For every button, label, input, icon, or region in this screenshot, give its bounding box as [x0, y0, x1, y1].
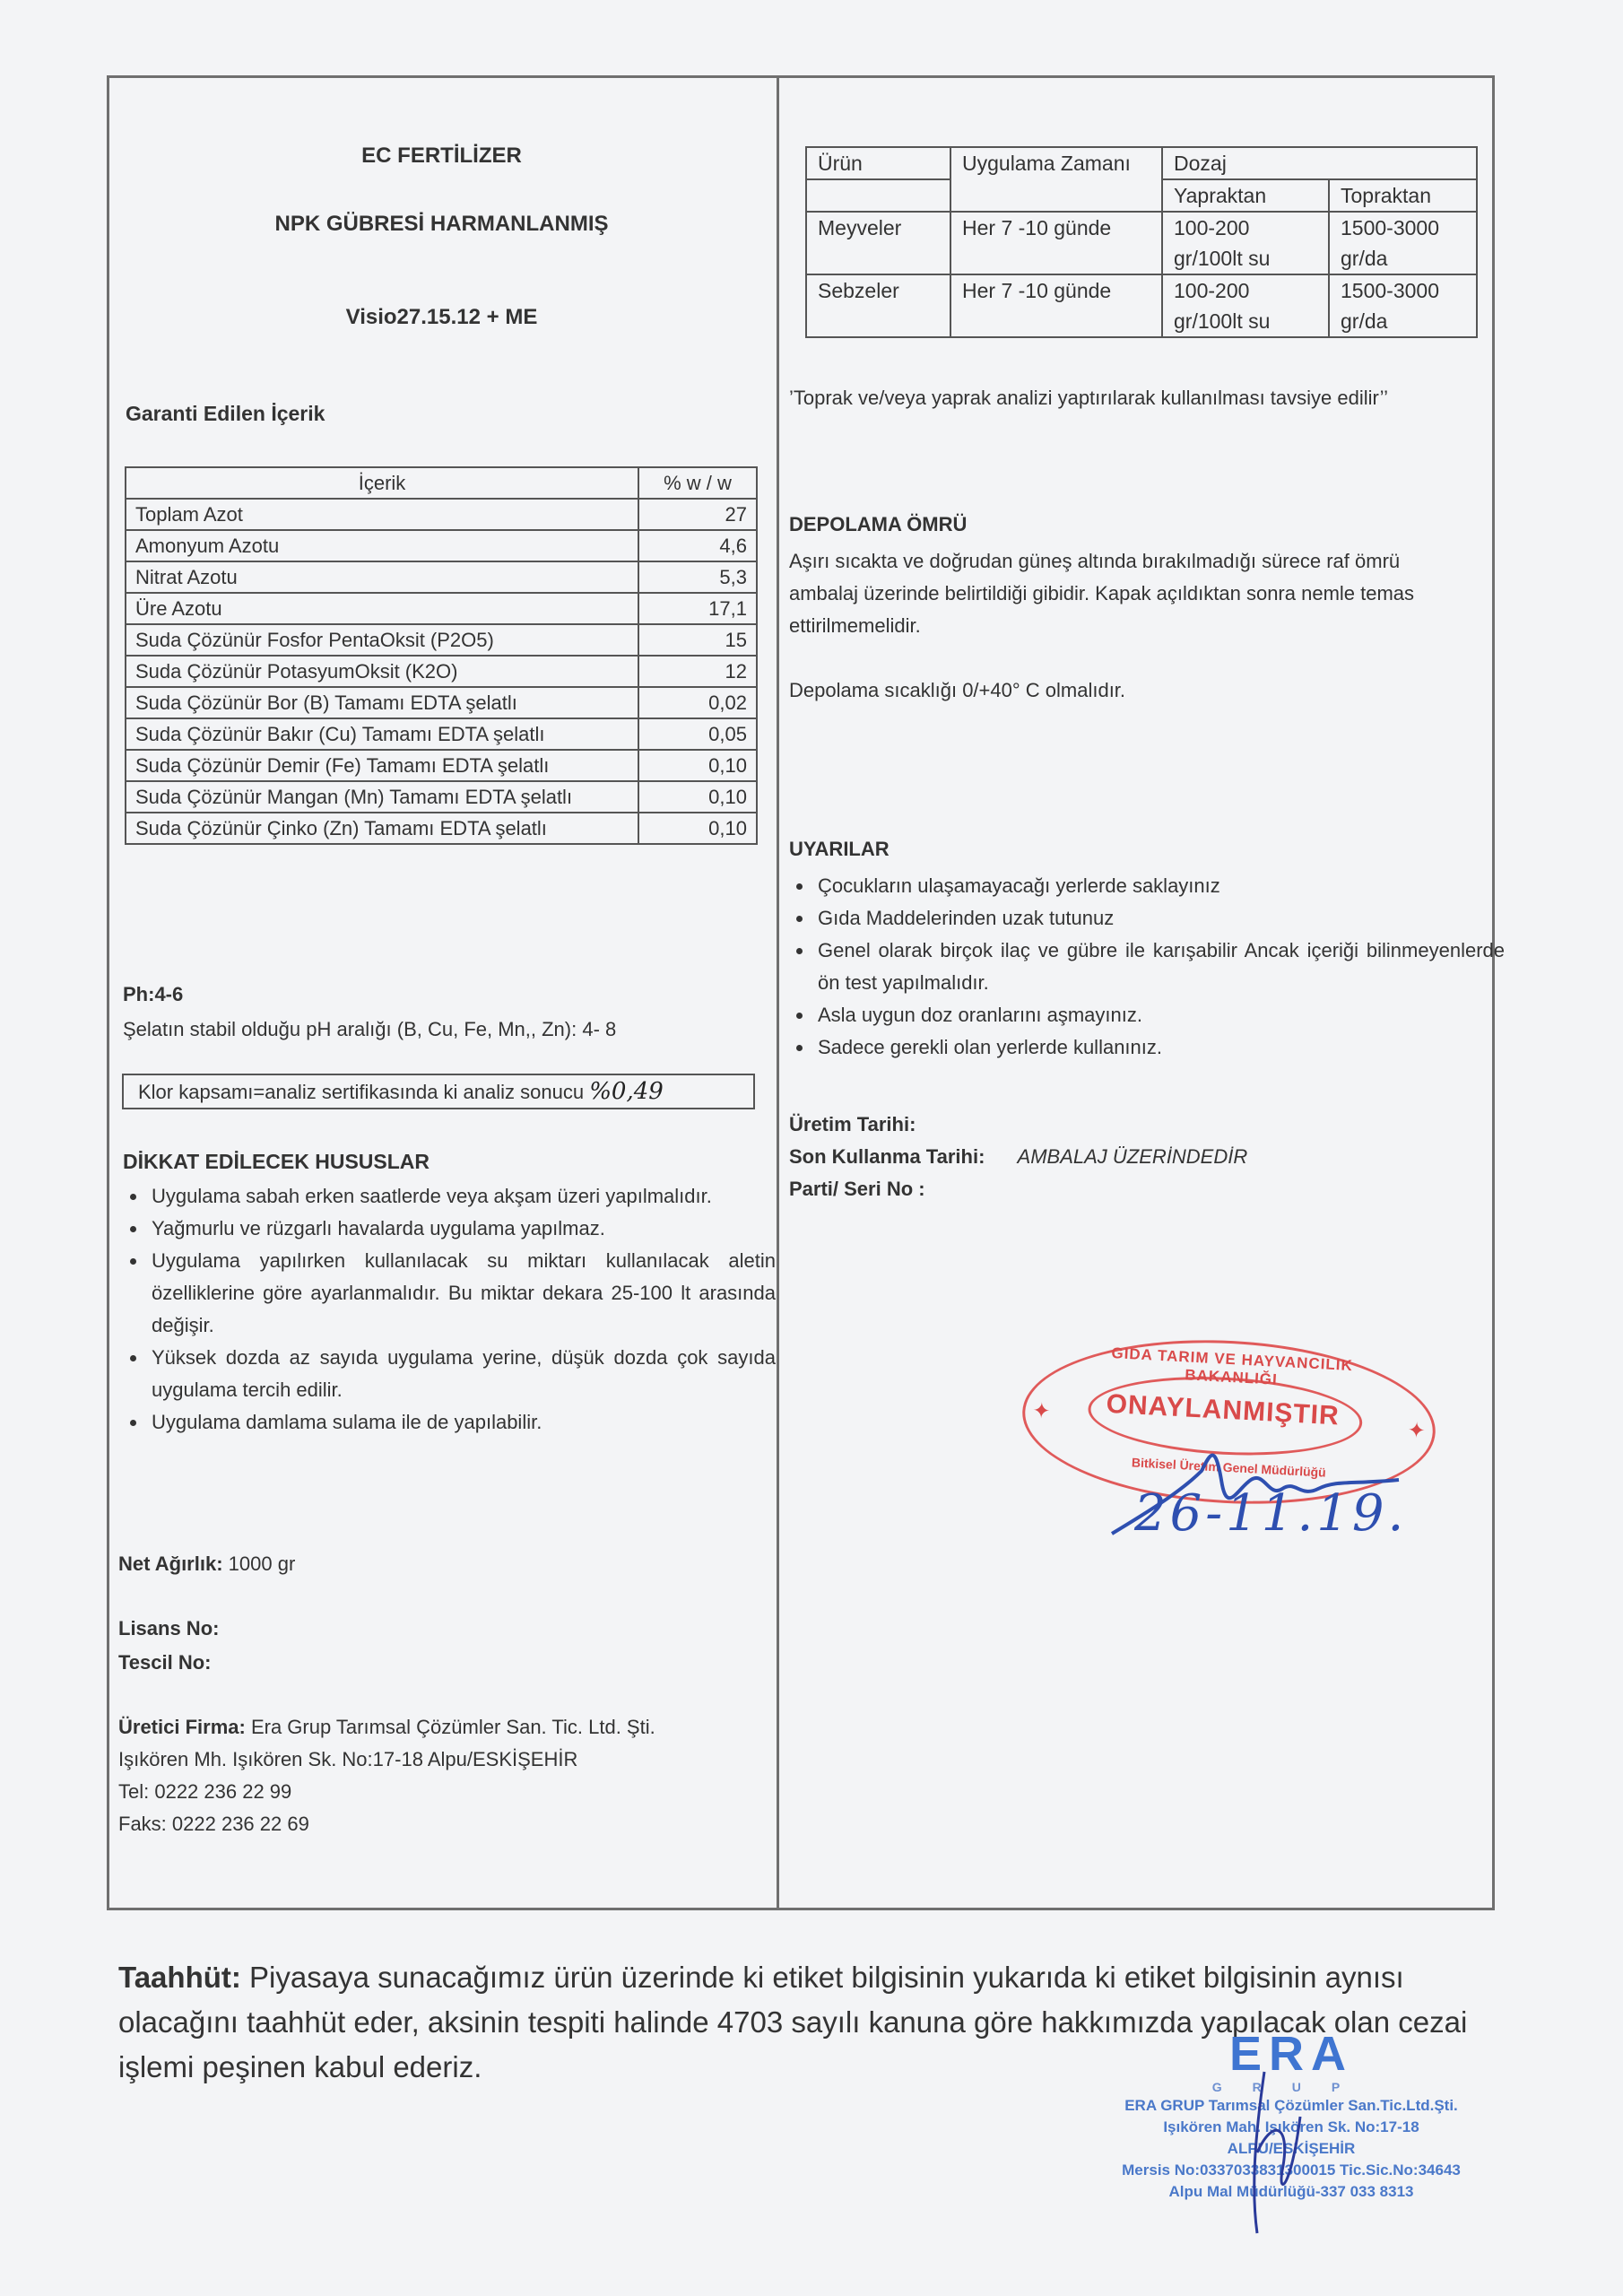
table-row: Toplam Azot27 [126, 499, 757, 530]
manufacturer-block: Üretici Firma: Era Grup Tarımsal Çözümle… [118, 1711, 746, 1840]
dosage-soil: 1500-3000 gr/da [1329, 212, 1477, 274]
list-item: Gıda Maddelerinden uzak tutunuz [814, 902, 1505, 935]
approval-handwritten-date: 26-11.19. [1134, 1484, 1407, 1543]
ph-label: Ph:4-6 [123, 983, 183, 1006]
table-row: Suda Çözünür Demir (Fe) Tamamı EDTA şela… [126, 750, 757, 781]
net-weight: Net Ağırlık: 1000 gr [118, 1548, 295, 1580]
storage-temperature: Depolama sıcaklığı 0/+40° C olmalıdır. [789, 674, 1125, 707]
registration-label: Tescil No: [118, 1651, 212, 1674]
star-icon: ✦ [1407, 1417, 1427, 1444]
registration-no: Tescil No: [118, 1647, 212, 1679]
table-row: Suda Çözünür Bakır (Cu) Tamamı EDTA şela… [126, 718, 757, 750]
content-name: Üre Azotu [126, 593, 638, 624]
storage-text: Aşırı sıcakta ve doğrudan güneş altında … [789, 545, 1471, 642]
list-item: Uygulama sabah erken saatlerde veya akşa… [148, 1180, 776, 1213]
warnings-heading: UYARILAR [789, 838, 890, 861]
commitment-label: Taahhüt: [118, 1961, 241, 1994]
table-row: Üre Azotu17,1 [126, 593, 757, 624]
precautions-list: Uygulama sabah erken saatlerde veya akşa… [123, 1180, 776, 1439]
dosage-time: Her 7 -10 günde [950, 274, 1162, 337]
manufacturer-address: Işıkören Mh. Işıkören Sk. No:17-18 Alpu/… [118, 1748, 577, 1770]
list-item: Çocukların ulaşamayacağı yerlerde saklay… [814, 870, 1505, 902]
chlorine-handwritten-value: %0,49 [589, 1078, 664, 1105]
content-value: 12 [638, 656, 757, 687]
production-date: Üretim Tarihi: [789, 1109, 916, 1141]
dosage-note: ’Toprak ve/veya yaprak analizi yaptırıla… [789, 382, 1480, 414]
chlorine-text: Klor kapsamı=analiz sertifikasında ki an… [138, 1081, 584, 1103]
content-name: Suda Çözünür Mangan (Mn) Tamamı EDTA şel… [126, 781, 638, 813]
content-value: 0,10 [638, 750, 757, 781]
list-item: Uygulama yapılırken kullanılacak su mikt… [148, 1245, 776, 1342]
content-name: Toplam Azot [126, 499, 638, 530]
content-name: Suda Çözünür Fosfor PentaOksit (P2O5) [126, 624, 638, 656]
chlorine-box: Klor kapsamı=analiz sertifikasında ki an… [122, 1074, 755, 1109]
content-value: 27 [638, 499, 757, 530]
dosage-row: MeyvelerHer 7 -10 günde100-200 gr/100lt … [806, 212, 1477, 274]
manufacturer-label: Üretici Firma: [118, 1716, 246, 1738]
content-name: Nitrat Azotu [126, 561, 638, 593]
manufacturer-name: Era Grup Tarımsal Çözümler San. Tic. Ltd… [251, 1716, 655, 1738]
content-value: 4,6 [638, 530, 757, 561]
manufacturer-fax: Faks: 0222 236 22 69 [118, 1813, 309, 1835]
content-name: Amonyum Azotu [126, 530, 638, 561]
content-name: Suda Çözünür Bakır (Cu) Tamamı EDTA şela… [126, 718, 638, 750]
content-value: 17,1 [638, 593, 757, 624]
table-row: Suda Çözünür PotasyumOksit (K2O)12 [126, 656, 757, 687]
expiry-date: Son Kullanma Tarihi: AMBALAJ ÜZERİNDEDİR [789, 1141, 1247, 1173]
dose-header-time: Uygulama Zamanı [950, 147, 1162, 212]
table-row: Suda Çözünür Çinko (Zn) Tamamı EDTA şela… [126, 813, 757, 844]
list-item: Uygulama damlama sulama ile de yapılabil… [148, 1406, 776, 1439]
col-header-percent: % w / w [638, 467, 757, 499]
manufacturer-tel: Tel: 0222 236 22 99 [118, 1780, 291, 1803]
table-row: Nitrat Azotu5,3 [126, 561, 757, 593]
content-name: Suda Çözünür Bor (B) Tamamı EDTA şelatlı [126, 687, 638, 718]
table-row: Suda Çözünür Mangan (Mn) Tamamı EDTA şel… [126, 781, 757, 813]
production-date-label: Üretim Tarihi: [789, 1113, 916, 1135]
guaranteed-content-heading: Garanti Edilen İçerik [126, 402, 325, 426]
col-header-content: İçerik [126, 467, 638, 499]
star-icon: ✦ [1032, 1398, 1052, 1425]
list-item: Genel olarak birçok ilaç ve gübre ile ka… [814, 935, 1505, 999]
table-row: Suda Çözünür Bor (B) Tamamı EDTA şelatlı… [126, 687, 757, 718]
content-value: 15 [638, 624, 757, 656]
content-name: Suda Çözünür Demir (Fe) Tamamı EDTA şela… [126, 750, 638, 781]
license-label: Lisans No: [118, 1617, 219, 1639]
storage-heading: DEPOLAMA ÖMRÜ [789, 513, 967, 536]
brand-title: EC FERTİLİZER [126, 143, 758, 169]
product-name: Visio27.15.12 + ME [126, 305, 758, 330]
dose-header-empty [806, 179, 950, 212]
product-type: NPK GÜBRESİ HARMANLANMIŞ [126, 212, 758, 237]
precautions-heading: DİKKAT EDİLECEK HUSUSLAR [123, 1150, 430, 1174]
list-item: Sadece gerekli olan yerlerde kullanınız. [814, 1031, 1505, 1064]
dose-header-product: Ürün [806, 147, 950, 179]
content-value: 0,10 [638, 781, 757, 813]
ph-stable-range: Şelatın stabil olduğu pH aralığı (B, Cu,… [123, 1013, 616, 1046]
dosage-time: Her 7 -10 günde [950, 212, 1162, 274]
net-weight-value: 1000 gr [229, 1552, 296, 1575]
content-name: Suda Çözünür Çinko (Zn) Tamamı EDTA şela… [126, 813, 638, 844]
dosage-soil: 1500-3000 gr/da [1329, 274, 1477, 337]
dose-header-soil: Topraktan [1329, 179, 1477, 212]
content-value: 0,10 [638, 813, 757, 844]
company-signature-icon [1237, 2063, 1309, 2242]
expiry-date-label: Son Kullanma Tarihi: [789, 1145, 985, 1168]
net-weight-label: Net Ağırlık: [118, 1552, 223, 1575]
dose-header-foliar: Yapraktan [1162, 179, 1329, 212]
content-value: 0,02 [638, 687, 757, 718]
dosage-row: SebzelerHer 7 -10 günde100-200 gr/100lt … [806, 274, 1477, 337]
batch-no: Parti/ Seri No : [789, 1173, 925, 1205]
list-item: Yağmurlu ve rüzgarlı havalarda uygulama … [148, 1213, 776, 1245]
column-divider [777, 75, 779, 1910]
dosage-foliar: 100-200 gr/100lt su [1162, 212, 1329, 274]
list-item: Yüksek dozda az sayıda uygulama yerine, … [148, 1342, 776, 1406]
dose-header-dosage: Dozaj [1162, 147, 1477, 179]
dosage-table: Ürün Uygulama Zamanı Dozaj Yapraktan Top… [805, 146, 1478, 338]
dosage-product: Sebzeler [806, 274, 950, 337]
table-row: Amonyum Azotu4,6 [126, 530, 757, 561]
table-row: Suda Çözünür Fosfor PentaOksit (P2O5)15 [126, 624, 757, 656]
license-no: Lisans No: [118, 1613, 219, 1645]
expiry-date-value: AMBALAJ ÜZERİNDEDİR [1018, 1145, 1248, 1168]
content-value: 5,3 [638, 561, 757, 593]
guaranteed-content-table: İçerik % w / w Toplam Azot27Amonyum Azot… [125, 466, 758, 845]
dosage-product: Meyveler [806, 212, 950, 274]
dosage-foliar: 100-200 gr/100lt su [1162, 274, 1329, 337]
content-name: Suda Çözünür PotasyumOksit (K2O) [126, 656, 638, 687]
warnings-list: Çocukların ulaşamayacağı yerlerde saklay… [789, 870, 1505, 1064]
content-value: 0,05 [638, 718, 757, 750]
batch-no-label: Parti/ Seri No : [789, 1178, 925, 1200]
list-item: Asla uygun doz oranlarını aşmayınız. [814, 999, 1505, 1031]
